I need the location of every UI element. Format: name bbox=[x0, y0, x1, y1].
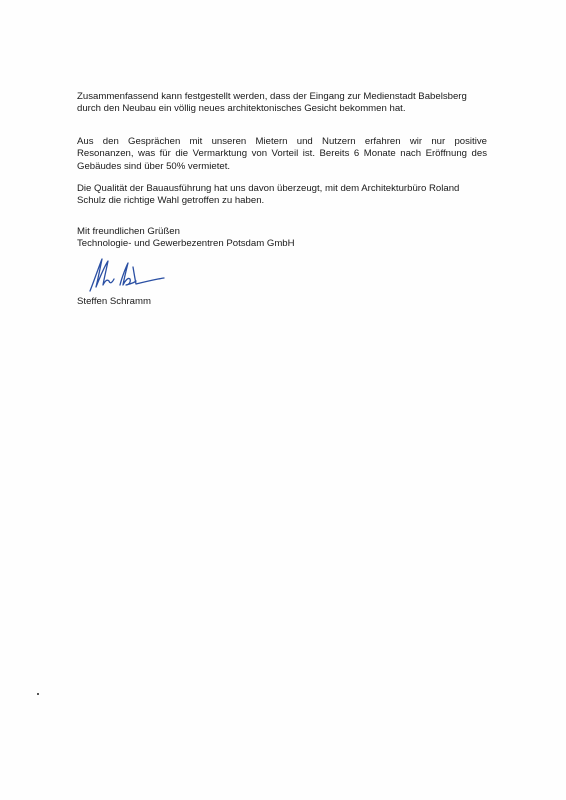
paragraph-quality: Die Qualität der Bauausführung hat uns d… bbox=[77, 183, 487, 208]
signer-name: Steffen Schramm bbox=[77, 296, 487, 308]
scan-artifact bbox=[37, 693, 39, 695]
paragraph-line: Aus den Gesprächen mit unseren Mietern u… bbox=[77, 136, 487, 148]
company-name: Technologie- und Gewerbezentren Potsdam … bbox=[77, 238, 487, 250]
paragraph-line: Gebäudes sind über 50% vermietet. bbox=[77, 161, 487, 173]
paragraph-line: durch den Neubau ein völlig neues archit… bbox=[77, 103, 487, 115]
paragraph-line: Die Qualität der Bauausführung hat uns d… bbox=[77, 183, 487, 195]
signature-icon bbox=[86, 257, 166, 293]
letter-page: Zusammenfassend kann festgestellt werden… bbox=[0, 0, 566, 800]
paragraph-line: Resonanzen, was für die Vermarktung von … bbox=[77, 148, 487, 160]
paragraph-line: Zusammenfassend kann festgestellt werden… bbox=[77, 91, 487, 103]
paragraph-feedback: Aus den Gesprächen mit unseren Mietern u… bbox=[77, 136, 487, 173]
paragraph-summary: Zusammenfassend kann festgestellt werden… bbox=[77, 91, 487, 116]
paragraph-line: Schulz die richtige Wahl getroffen zu ha… bbox=[77, 195, 487, 207]
closing-salutation: Mit freundlichen Grüßen bbox=[77, 226, 487, 238]
